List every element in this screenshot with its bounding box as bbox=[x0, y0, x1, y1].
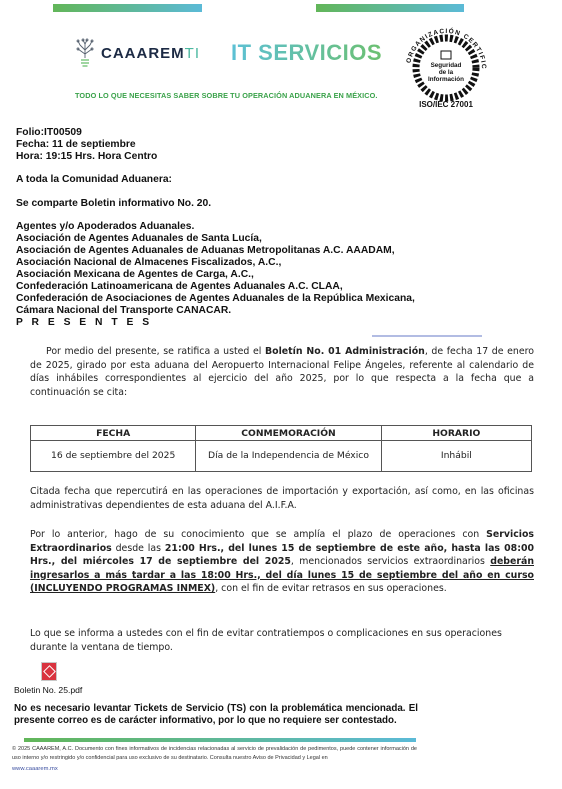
attachment-filename[interactable]: Boletin No. 25.pdf bbox=[14, 685, 94, 695]
presentes-heading: P R E S E N T E S bbox=[16, 317, 415, 329]
para3-text: , con el fin de evitar retrasos en sus o… bbox=[215, 583, 447, 594]
para3-text: desde las bbox=[112, 543, 165, 554]
website-link[interactable]: www.caaarem.mx bbox=[12, 766, 58, 772]
table-row: 16 de septiembre del 2025 Día de la Inde… bbox=[31, 441, 532, 472]
header-fecha: FECHA bbox=[31, 426, 196, 441]
greeting: A toda la Comunidad Aduanera: bbox=[16, 174, 172, 186]
recipient: Asociación Nacional de Almacenes Fiscali… bbox=[16, 257, 415, 269]
header-horario: HORARIO bbox=[381, 426, 531, 441]
footer-disclaimer: © 2025 CAAAREM, A.C. Documento con fines… bbox=[12, 745, 417, 763]
impact-paragraph: Citada fecha que repercutirá en las oper… bbox=[30, 485, 534, 512]
extension-paragraph: Por lo anterior, hago de su conocimiento… bbox=[30, 528, 534, 596]
recipient: Confederación de Asociaciones de Agentes… bbox=[16, 293, 415, 305]
recipients-list: Agentes y/o Apoderados Aduanales. Asocia… bbox=[16, 221, 415, 329]
message-meta: Folio:IT00509 Fecha: 11 de septiembre Ho… bbox=[16, 127, 157, 163]
no-reply-notice: No es necesario levantar Tickets de Serv… bbox=[14, 703, 418, 727]
pdf-file-icon[interactable] bbox=[41, 662, 57, 681]
pdf-attachment[interactable]: Boletin No. 25.pdf bbox=[14, 662, 94, 695]
recipient: Confederación Latinoamericana de Agentes… bbox=[16, 281, 415, 293]
bulletin-reference: Boletín No. 01 Administración bbox=[265, 346, 425, 357]
footer-accent-bar bbox=[24, 738, 416, 742]
date: Fecha: 11 de septiembre bbox=[16, 139, 157, 151]
para1-lead: Por medio del presente, se ratifica a us… bbox=[46, 346, 265, 357]
cell-conmemoracion: Día de la Independencia de México bbox=[196, 441, 381, 472]
iso-certification-seal-icon: ORGANIZACIÓN CERTIFICADA Seguridad de la… bbox=[396, 23, 496, 109]
ratification-paragraph: Por medio del presente, se ratifica a us… bbox=[30, 345, 534, 399]
para3-text: Por lo anterior, hago de su conocimiento… bbox=[30, 529, 486, 540]
folio: Folio:IT00509 bbox=[16, 127, 157, 139]
service-title: IT SERVICIOS bbox=[231, 40, 382, 66]
time: Hora: 19:15 Hrs. Hora Centro bbox=[16, 151, 157, 163]
svg-text:Seguridad: Seguridad bbox=[431, 62, 462, 69]
svg-text:de la: de la bbox=[439, 69, 454, 76]
recipient: Asociación Mexicana de Agentes de Carga,… bbox=[16, 269, 415, 281]
top-left-accent-bar bbox=[53, 4, 202, 12]
recipient: Agentes y/o Apoderados Aduanales. bbox=[16, 221, 415, 233]
top-right-accent-bar bbox=[316, 4, 464, 12]
lightbulb-circuit-icon bbox=[74, 38, 96, 68]
cell-horario: Inhábil bbox=[381, 441, 531, 472]
header-conmemoracion: CONMEMORACIÓN bbox=[196, 426, 381, 441]
stamp-mark bbox=[372, 335, 482, 343]
brand-name: CAAAREMTI bbox=[101, 45, 200, 62]
shared-bulletin-line: Se comparte Boletin informativo No. 20. bbox=[16, 198, 211, 210]
caaarem-logo: CAAAREMTI bbox=[74, 38, 200, 68]
svg-text:ISO/IEC 27001: ISO/IEC 27001 bbox=[419, 100, 473, 109]
para3-text: , mencionados servicios extraordinarios bbox=[291, 556, 490, 567]
tagline: TODO LO QUE NECESITAS SABER SOBRE TU OPE… bbox=[75, 91, 378, 100]
table-header-row: FECHA CONMEMORACIÓN HORARIO bbox=[31, 426, 532, 441]
holiday-table: FECHA CONMEMORACIÓN HORARIO 16 de septie… bbox=[30, 425, 532, 472]
recipient: Cámara Nacional del Transporte CANACAR. bbox=[16, 305, 415, 317]
recipient: Asociación de Agentes Aduanales de Santa… bbox=[16, 233, 415, 245]
cell-fecha: 16 de septiembre del 2025 bbox=[31, 441, 196, 472]
recipient: Asociación de Agentes Aduanales de Aduan… bbox=[16, 245, 415, 257]
svg-text:Información: Información bbox=[428, 76, 464, 83]
closing-paragraph: Lo que se informa a ustedes con el fin d… bbox=[30, 627, 534, 654]
